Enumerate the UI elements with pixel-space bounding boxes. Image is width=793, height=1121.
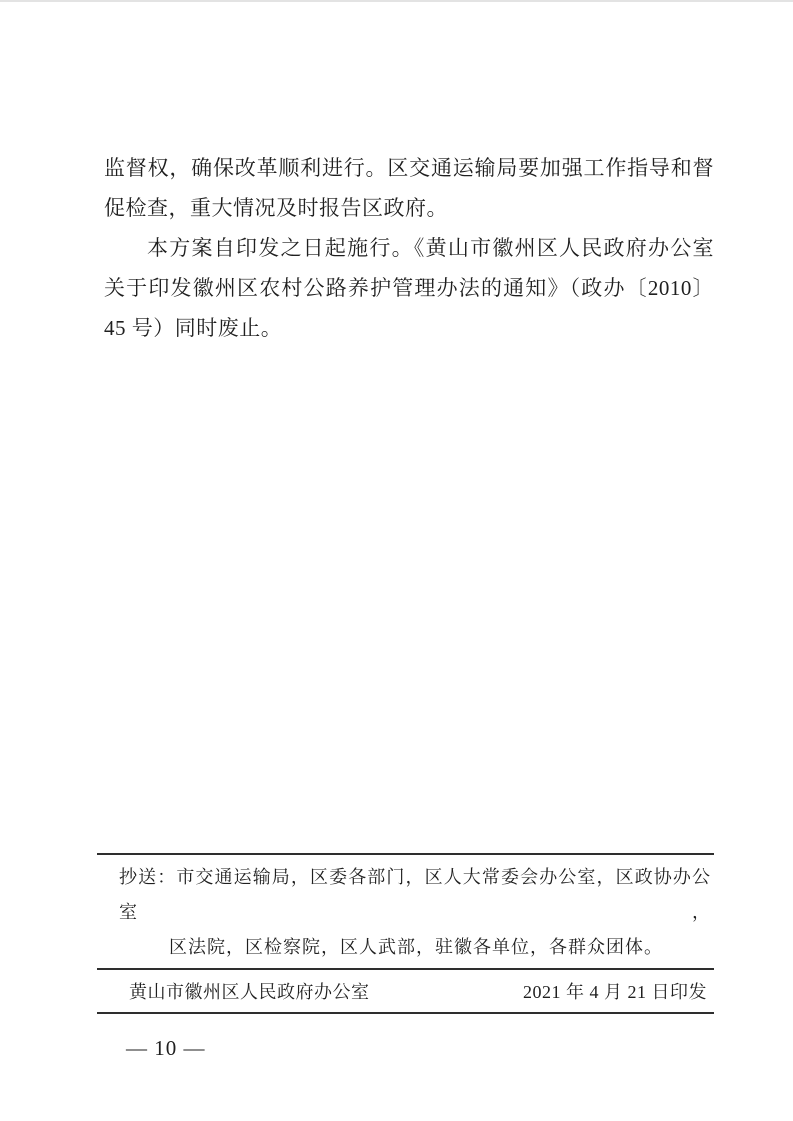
document-body: 监督权，确保改革顺利进行。区交通运输局要加强工作指导和督 促检查，重大情况及时报…: [104, 148, 714, 348]
copy-to-block: 抄送：市交通运输局，区委各部门，区人大常委会办公室，区政协办公室， 区法院，区检…: [97, 855, 714, 968]
scan-edge-artifact: [0, 0, 793, 2]
body-line: 本方案自印发之日起施行。《黄山市徽州区人民政府办公室: [104, 228, 714, 268]
copy-to-text: 市交通运输局，区委各部门，区人大常委会办公室，区政协办公室，: [119, 867, 710, 922]
document-page: 监督权，确保改革顺利进行。区交通运输局要加强工作指导和督 促检查，重大情况及时报…: [0, 0, 793, 1121]
print-date: 2021 年 4 月 21 日印发: [523, 978, 707, 1004]
body-line: 促检查，重大情况及时报告区政府。: [104, 188, 714, 228]
issuing-office: 黄山市徽州区人民政府办公室: [129, 978, 370, 1004]
page-number: — 10 —: [126, 1036, 206, 1061]
paragraph-1: 监督权，确保改革顺利进行。区交通运输局要加强工作指导和督 促检查，重大情况及时报…: [104, 148, 714, 228]
copy-to-line-1: 抄送：市交通运输局，区委各部门，区人大常委会办公室，区政协办公室，: [97, 860, 714, 930]
paragraph-2: 本方案自印发之日起施行。《黄山市徽州区人民政府办公室 关于印发徽州区农村公路养护…: [104, 228, 714, 348]
body-line: 45 号）同时废止。: [104, 308, 714, 348]
issuer-row: 黄山市徽州区人民政府办公室 2021 年 4 月 21 日印发: [97, 968, 714, 1014]
body-line: 关于印发徽州区农村公路养护管理办法的通知》（政办〔2010〕: [104, 268, 714, 308]
body-line: 监督权，确保改革顺利进行。区交通运输局要加强工作指导和督: [104, 148, 714, 188]
copy-to-label: 抄送：: [119, 867, 176, 887]
document-footer: 抄送：市交通运输局，区委各部门，区人大常委会办公室，区政协办公室， 区法院，区检…: [97, 853, 714, 1014]
copy-to-line-2: 区法院，区检察院，区人武部，驻徽各单位，各群众团体。: [97, 930, 714, 965]
